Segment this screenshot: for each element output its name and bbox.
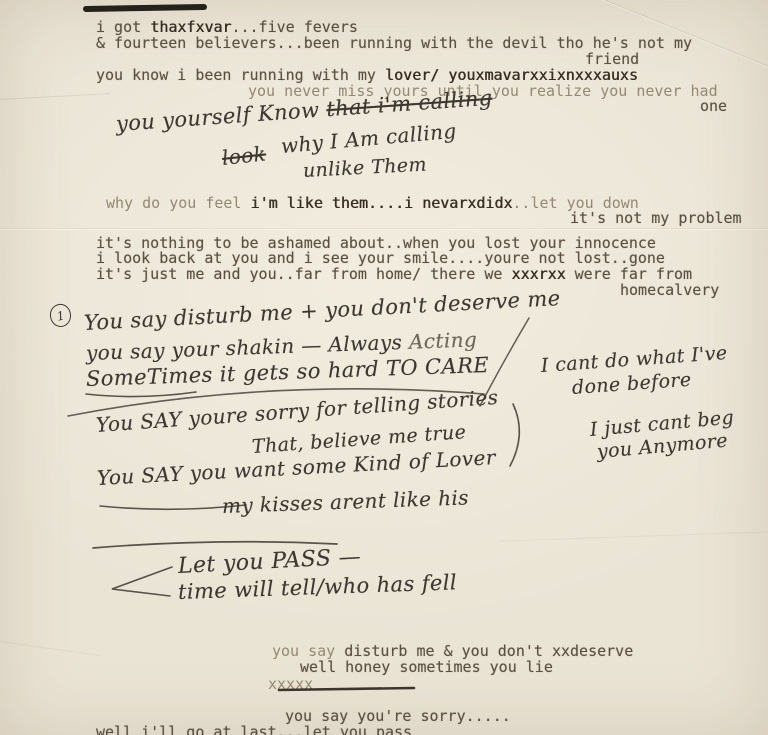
handwritten-line: my kisses arent like his bbox=[222, 485, 470, 518]
typed-line: well honey sometimes you lie bbox=[300, 659, 553, 675]
circled-number-annotation: 1 bbox=[48, 302, 73, 329]
paper-crease bbox=[0, 641, 99, 656]
handwritten-segment: look bbox=[221, 141, 267, 169]
handwritten-segment: unlike Them bbox=[302, 154, 427, 182]
typed-line: you say you're sorry..... bbox=[285, 708, 511, 724]
typed-line: homecalvery bbox=[620, 282, 719, 298]
handwritten-line: You say disturb me + you don't deserve m… bbox=[83, 286, 561, 335]
typed-line: it's not my problem bbox=[570, 210, 742, 226]
handwritten-line: look bbox=[221, 141, 267, 169]
handwritten-segment: my kisses arent like his bbox=[222, 485, 470, 518]
typed-segment: xxxxx bbox=[268, 675, 313, 693]
typed-segment: homecalvery bbox=[620, 281, 719, 299]
handwritten-segment: you yourself Know bbox=[115, 97, 327, 136]
typed-segment: why do you feel bbox=[106, 194, 251, 212]
typed-line: i look back at you and i see your smile.… bbox=[96, 250, 665, 266]
paper-crease bbox=[0, 228, 768, 229]
paper-crease bbox=[500, 531, 768, 541]
typed-line: friend bbox=[585, 51, 639, 67]
paper-crease bbox=[0, 93, 110, 100]
ink-stroke-right-paren-stroke bbox=[510, 404, 519, 466]
ink-stroke-sometimes-underline bbox=[86, 392, 196, 397]
typed-line: & fourteen believers...been running with… bbox=[96, 35, 692, 51]
ink-stroke-arrow-bracket bbox=[112, 567, 172, 596]
typed-line: why do you feel i'm like them....i nevar… bbox=[106, 195, 639, 211]
ink-stroke-struck-out-word-bar bbox=[86, 7, 204, 9]
typed-segment: it's just me and you..far from home/ the… bbox=[96, 265, 511, 283]
typed-line: xxxxx bbox=[268, 676, 313, 692]
typed-line: you say disturb me & you don't xxdeserve bbox=[272, 643, 633, 659]
typed-segment: well honey sometimes you lie bbox=[300, 658, 553, 676]
handwritten-line: unlike Them bbox=[302, 154, 427, 182]
typed-line: you know i been running with my lover/ y… bbox=[96, 67, 638, 83]
typed-line: it's just me and you..far from home/ the… bbox=[96, 266, 692, 282]
typed-line: one bbox=[700, 98, 727, 114]
typed-line: well i'll go at last...let you pass bbox=[96, 724, 412, 735]
typed-segment: xxxrxx bbox=[511, 265, 565, 283]
typed-segment: it's not my problem bbox=[570, 209, 742, 227]
handwritten-segment: Acting bbox=[409, 327, 478, 353]
handwritten-segment: why I Am calling bbox=[280, 119, 457, 158]
typed-segment: i'm like them....i nevarxdidx bbox=[251, 194, 513, 212]
paper-crease bbox=[0, 229, 768, 230]
handwritten-line: why I Am calling bbox=[280, 119, 457, 158]
typed-segment: well i'll go at last...let you pass bbox=[96, 723, 412, 735]
handwritten-segment: You say disturb me + you don't deserve m… bbox=[83, 286, 561, 335]
typed-line: i got thaxfxvar...five fevers bbox=[96, 19, 358, 35]
circled-number-text: 1 bbox=[55, 308, 65, 323]
typed-segment: one bbox=[700, 97, 727, 115]
lyric-sheet-scan: i got thaxfxvar...five fevers& fourteen … bbox=[0, 0, 768, 735]
